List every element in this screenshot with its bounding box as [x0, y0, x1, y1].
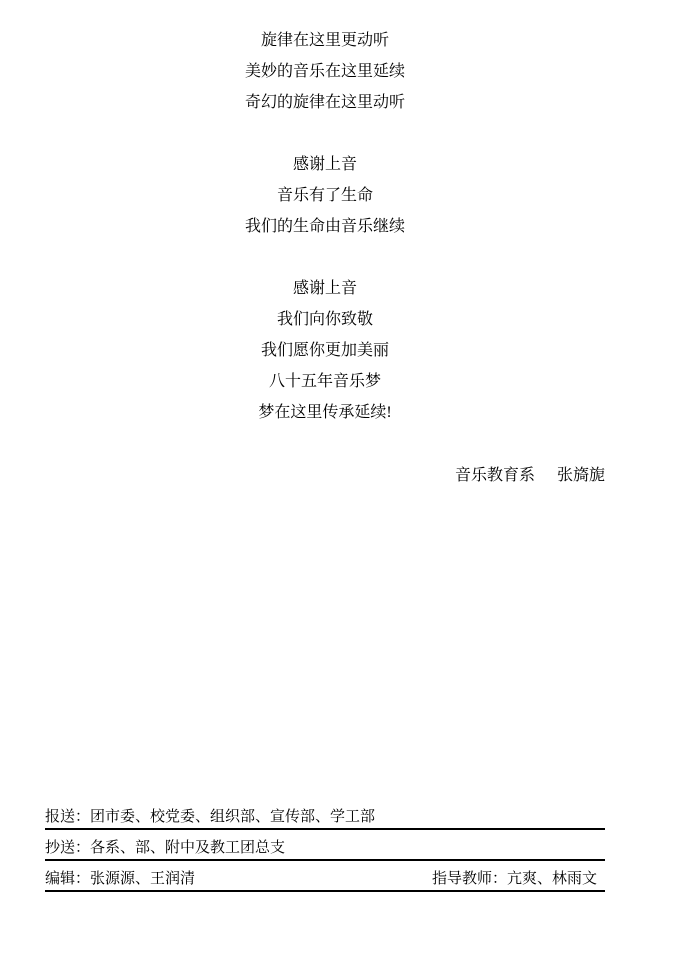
footer-copy-label: 抄送： — [45, 840, 90, 856]
footer-distribution-block: 报送：团市委、校党委、组织部、宣传部、学工部 抄送：各系、部、附中及教工团总支 … — [45, 806, 605, 899]
poem-stanza-2: 感谢上音 音乐有了生命 我们的生命由音乐继续 — [45, 149, 605, 242]
footer-advisor-value: 亢爽、林雨文 — [507, 871, 597, 887]
footer-editor-line: 编辑：张源源、王润清 指导教师：亢爽、林雨文 — [45, 868, 605, 892]
author-signature: 音乐教育系张旖旎 — [45, 460, 605, 491]
footer-copy-value: 各系、部、附中及教工团总支 — [90, 840, 285, 856]
poem-stanza-3: 感谢上音 我们向你致敬 我们愿你更加美丽 八十五年音乐梦 梦在这里传承延续! — [45, 273, 605, 428]
poem-line: 感谢上音 — [45, 273, 605, 304]
poem-line: 我们的生命由音乐继续 — [45, 211, 605, 242]
footer-advisor-group: 指导教师：亢爽、林雨文 — [432, 868, 605, 890]
poem-line: 奇幻的旋律在这里动听 — [45, 87, 605, 118]
footer-editor-group: 编辑：张源源、王润清 — [45, 868, 195, 890]
footer-report-label: 报送： — [45, 809, 90, 825]
footer-report-value: 团市委、校党委、组织部、宣传部、学工部 — [90, 809, 375, 825]
poem-line: 美妙的音乐在这里延续 — [45, 56, 605, 87]
footer-report-line: 报送：团市委、校党委、组织部、宣传部、学工部 — [45, 806, 605, 830]
author-department: 音乐教育系 — [455, 467, 535, 484]
footer-editor-value: 张源源、王润清 — [90, 871, 195, 887]
author-name: 张旖旎 — [557, 467, 605, 484]
footer-editor-label: 编辑： — [45, 871, 90, 887]
poem-line: 我们愿你更加美丽 — [45, 335, 605, 366]
poem-line: 我们向你致敬 — [45, 304, 605, 335]
document-page: 旋律在这里更动听 美妙的音乐在这里延续 奇幻的旋律在这里动听 感谢上音 音乐有了… — [0, 0, 681, 966]
poem-body: 旋律在这里更动听 美妙的音乐在这里延续 奇幻的旋律在这里动听 感谢上音 音乐有了… — [45, 25, 605, 428]
poem-line: 八十五年音乐梦 — [45, 366, 605, 397]
poem-line: 梦在这里传承延续! — [45, 397, 605, 428]
footer-copy-line: 抄送：各系、部、附中及教工团总支 — [45, 837, 605, 861]
poem-line: 音乐有了生命 — [45, 180, 605, 211]
poem-line: 旋律在这里更动听 — [45, 25, 605, 56]
poem-stanza-1: 旋律在这里更动听 美妙的音乐在这里延续 奇幻的旋律在这里动听 — [45, 25, 605, 118]
footer-advisor-label: 指导教师： — [432, 871, 507, 887]
poem-line: 感谢上音 — [45, 149, 605, 180]
